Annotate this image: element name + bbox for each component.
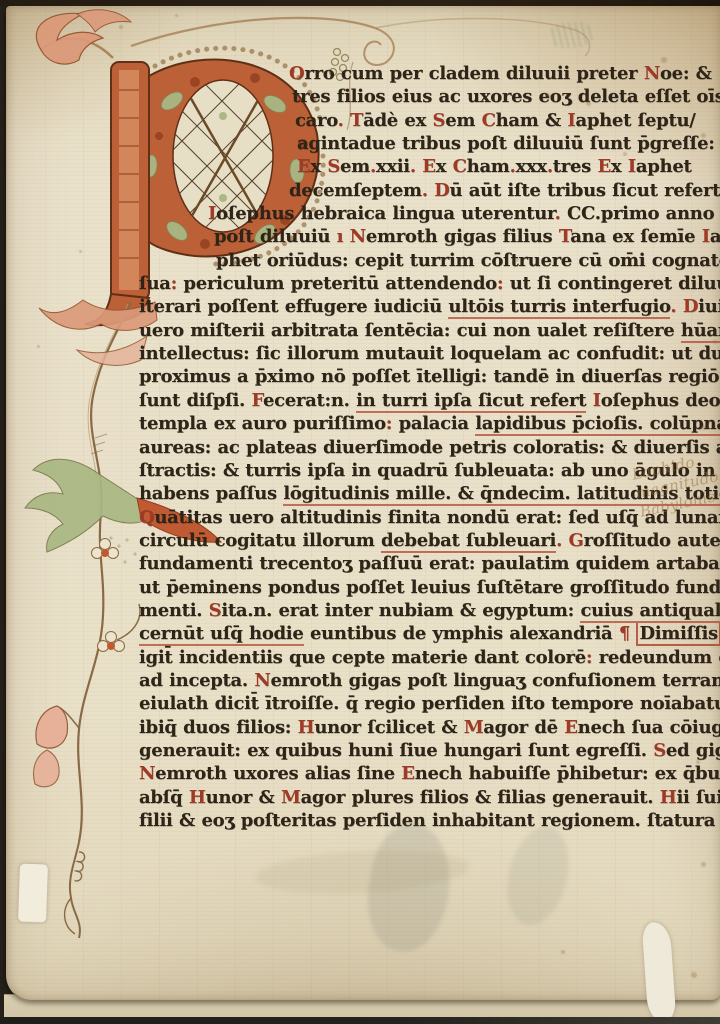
text-line: menti. Sita.n. erat inter nubiam & egypt… xyxy=(139,599,714,622)
text-line: ut p̄eminens pondus poſſet leuius ſuſtēt… xyxy=(139,576,714,599)
text-line: habens paſſus lōgitudinis mille. & q̄nde… xyxy=(139,482,714,505)
text-line: poſt diluuiū ı Nemroth gigas filius Tana… xyxy=(139,225,714,248)
photo-backdrop: Orro cum per cladem diluuii preter Noe: … xyxy=(0,0,720,1024)
text-line: phet oriūdus: cepit turrim cōſtruere cū … xyxy=(139,249,714,272)
text-line: intellectus: ſic illorum mutauit loquela… xyxy=(139,342,714,365)
stain-smudge xyxy=(254,845,471,898)
text-line: filii & eoʒ poſteritas perſiden inhabita… xyxy=(139,809,714,832)
text-line: decemſeptem. Dū aūt iſte tribus ſicut re… xyxy=(139,179,714,202)
text-line: abſq̄ Hunor & Magor plures filios & fili… xyxy=(139,786,714,809)
text-line: templa ex auro puriſſimo: palacia lapidi… xyxy=(139,412,714,435)
stain-gray xyxy=(498,820,578,931)
text-line: aureas: ac plateas diuerſimode petris co… xyxy=(139,436,714,459)
text-line: eiulath dicit̄ ītroiſſe. q̄ regio perſid… xyxy=(139,692,714,715)
photo-edge-bottom xyxy=(0,1017,720,1024)
text-line: generauit: ex quibus huni ſiue hungari ſ… xyxy=(139,739,714,762)
text-line: Ex Sem.xxii. Ex Cham.xxx.tres Ex Iaphet xyxy=(139,155,714,178)
text-line: ſua: periculum preteritū attendendo: ut … xyxy=(139,272,714,295)
text-line: Ioſephus hebraica lingua uterentur. CC.p… xyxy=(139,202,714,225)
text-line: circulū cogitatu illorum debebat ſubleua… xyxy=(139,529,714,552)
text-line: ſtractis: & turris ipſa in quadrū ſubleu… xyxy=(139,459,714,482)
text-line: cernūt uſq̄ hodie euntibus de ymphis ale… xyxy=(139,622,714,645)
text-line: caro. Tādè ex Sem Cham & Iaphet ſeptu/ xyxy=(139,109,714,132)
text-line: agintadue tribus poſt diluuiū ſunt p̄gre… xyxy=(139,132,714,155)
text-line: ad incepta. Nemroth gigas poſt linguaʒ c… xyxy=(139,669,714,692)
text-line: tres filios eius ac uxores eoʒ deleta eſ… xyxy=(139,85,714,108)
text-line: ibiq̄ duos filios: Hunor ſcilicet & Mago… xyxy=(139,716,714,739)
text-line: igit̄ incidentiis que cepte materie dant… xyxy=(139,646,714,669)
text-line: iterari poſſent effugere iudiciū ultōis … xyxy=(139,295,714,318)
text-line: Orro cum per cladem diluuii preter Noe: … xyxy=(139,62,714,85)
text-line: Quātitas uero altitudinis finita nondū e… xyxy=(139,506,714,529)
text-line: uero miſterii arbitrata ſentēcia: cui no… xyxy=(139,319,714,342)
text-block: Orro cum per cladem diluuii preter Noe: … xyxy=(139,62,714,832)
text-line: Nemroth uxores alias ſine Enech habuiſſe… xyxy=(139,762,714,785)
repair-strip xyxy=(18,864,48,923)
text-line: proximus a p̄ximo nō poſſet ītelligi: ta… xyxy=(139,365,714,388)
text-line: ſunt diſpſi. Fecerat:n. in turri ipſa ſi… xyxy=(139,389,714,412)
manuscript-page: Orro cum per cladem diluuii preter Noe: … xyxy=(6,6,720,1001)
pencil-scribble xyxy=(548,20,594,49)
stain-gray xyxy=(359,819,458,958)
photo-edge-top xyxy=(0,0,720,6)
text-line: fundamenti trecentoʒ paſſuū erat: paulat… xyxy=(139,552,714,575)
